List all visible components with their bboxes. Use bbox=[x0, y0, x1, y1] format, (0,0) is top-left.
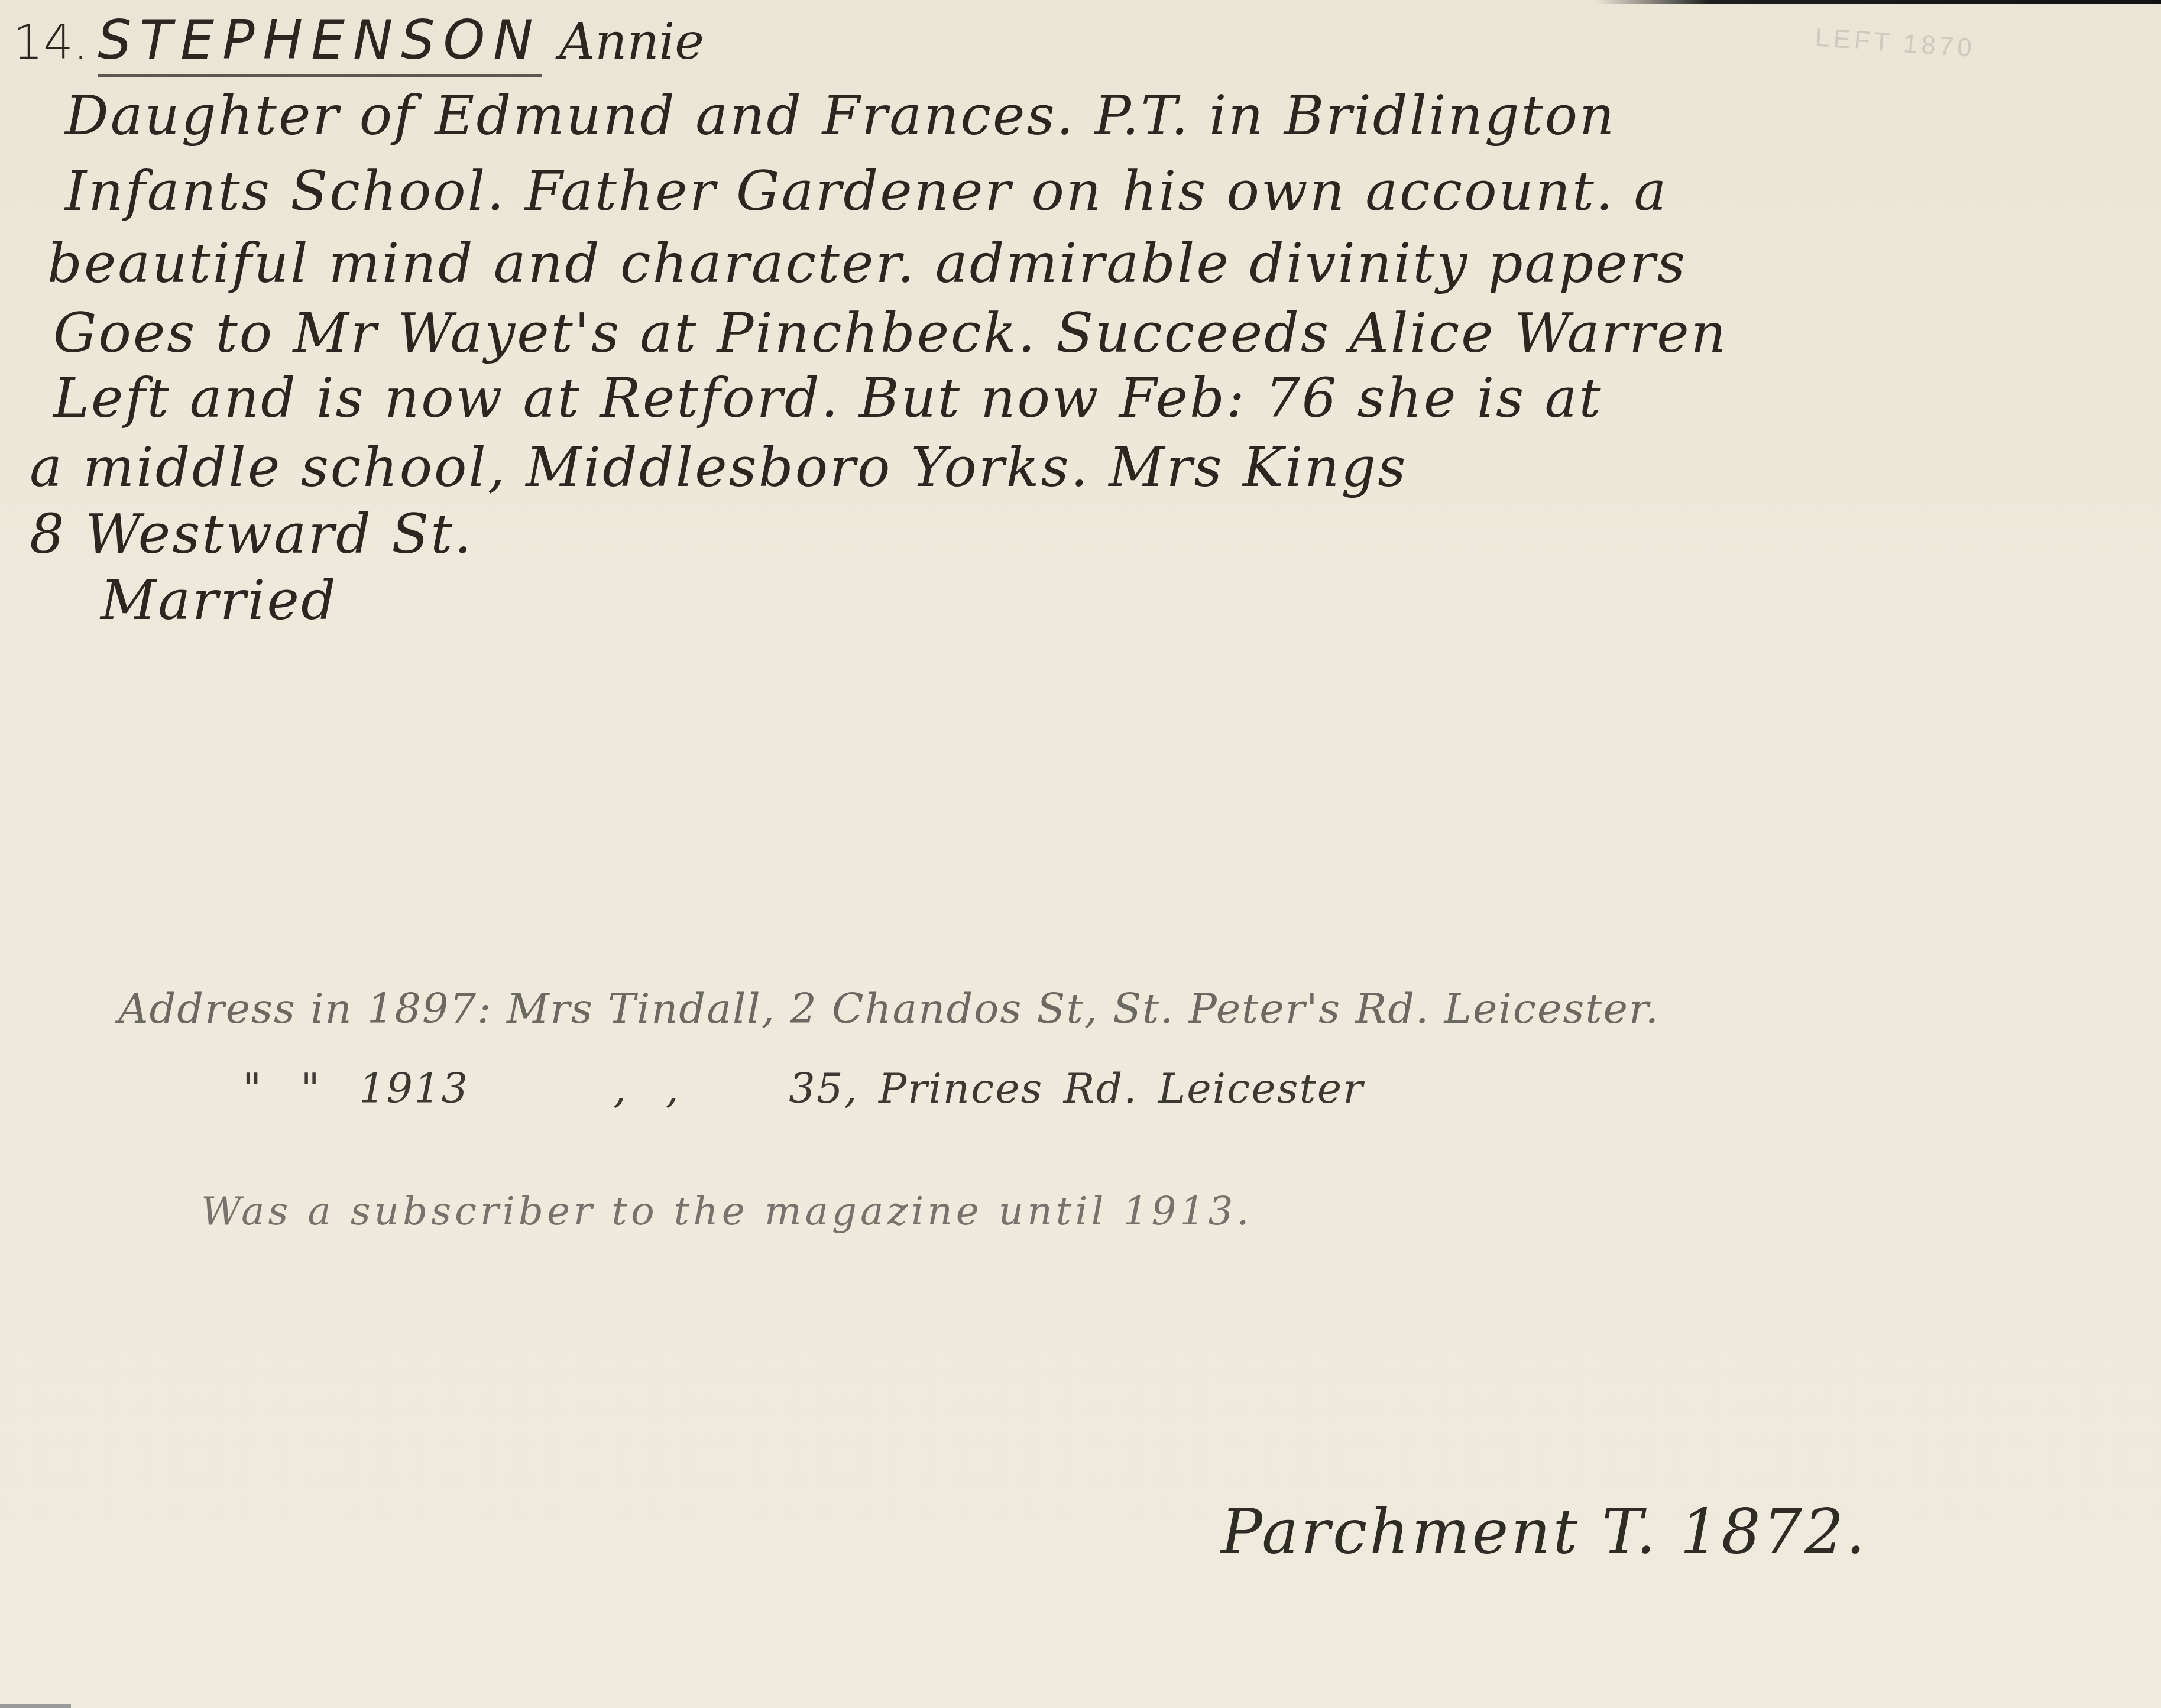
address-name: Mrs Tindall, bbox=[507, 984, 776, 1033]
biography-line: Goes to Mr Wayet's at Pinchbeck. Succeed… bbox=[53, 306, 1728, 361]
address-value: 35, Princes Rd. Leicester bbox=[789, 1064, 1363, 1113]
surname: STEPHENSON bbox=[98, 9, 541, 77]
record-card: LEFT 1870 14.STEPHENSONAnnie Daughter of… bbox=[0, 0, 2161, 1708]
certificate-note: Parchment T. 1872. bbox=[1221, 1496, 1868, 1568]
address-1897: Address in 1897: Mrs Tindall, 2 Chandos … bbox=[118, 984, 1660, 1033]
address-value: 2 Chandos St, St. Peter's Rd. Leicester. bbox=[790, 984, 1660, 1033]
biography-line: beautiful mind and character. admirable … bbox=[47, 236, 1687, 291]
biography-line: Infants School. Father Gardener on his o… bbox=[65, 164, 1668, 219]
forename: Annie bbox=[559, 12, 704, 70]
address-1913: " " 1913 , , 35, Princes Rd. Leicester bbox=[242, 1064, 1364, 1113]
entry-heading: 14.STEPHENSONAnnie bbox=[13, 11, 704, 67]
biography-line: a middle school, Middlesboro Yorks. Mrs … bbox=[30, 440, 1407, 495]
biography-line: Daughter of Edmund and Frances. P.T. in … bbox=[65, 89, 1616, 143]
biography-line: 8 Westward St. bbox=[30, 507, 473, 562]
address-name: , , bbox=[613, 1064, 680, 1113]
card-bottom-shadow bbox=[0, 1704, 71, 1708]
entry-number: 14. bbox=[13, 15, 88, 70]
address-label: " " 1913 bbox=[242, 1064, 469, 1113]
subscriber-note: Was a subscriber to the magazine until 1… bbox=[201, 1188, 1253, 1234]
margin-pencil-note: LEFT 1870 bbox=[1815, 23, 1977, 64]
biography-line: Left and is now at Retford. But now Feb:… bbox=[53, 371, 1602, 426]
biography-line: Married bbox=[101, 573, 338, 628]
card-top-border bbox=[1596, 0, 2161, 4]
address-label: Address in 1897: bbox=[118, 984, 493, 1033]
